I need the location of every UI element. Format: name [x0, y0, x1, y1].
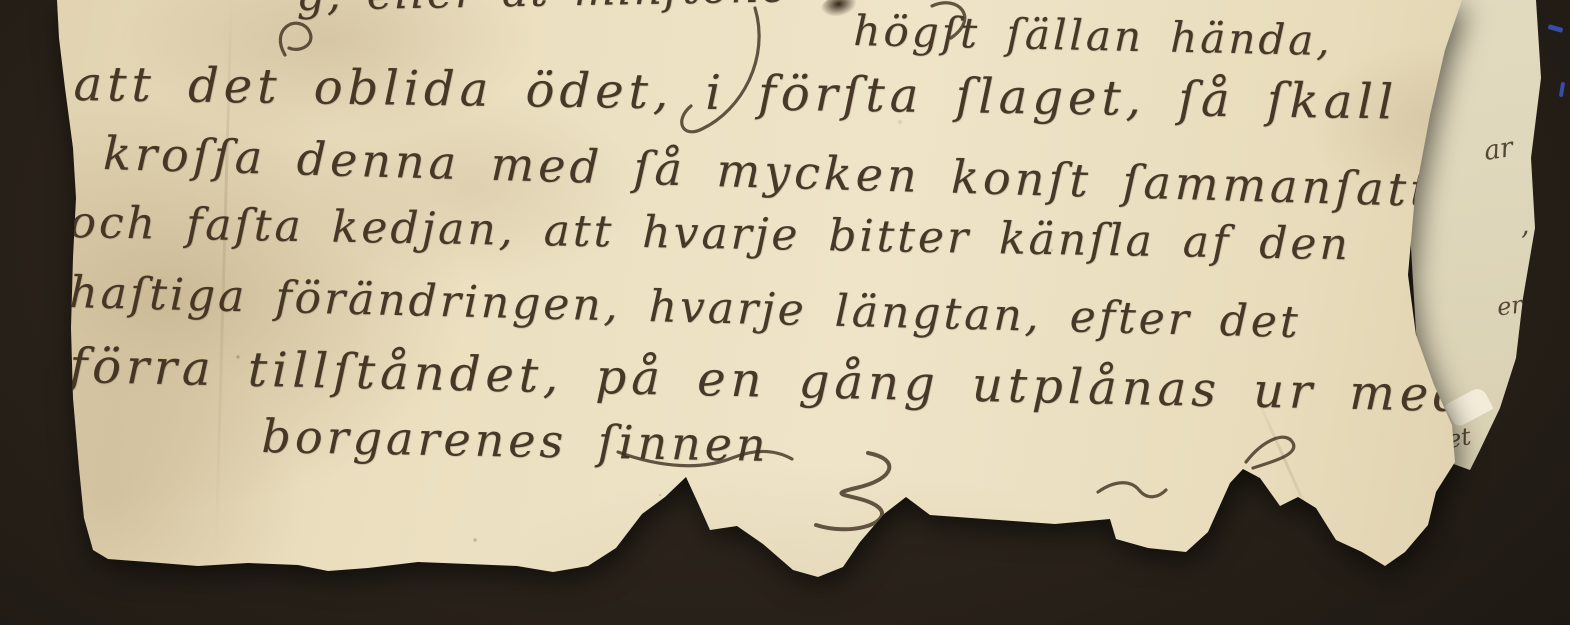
handwritten-line-top-clipped: g, eller at minſtone: [296, 0, 789, 21]
handwritten-line: högſt ſällan hända,: [853, 6, 1333, 65]
handwritten-line: att det oblida ödet, i förſta ſlaget, ſå…: [73, 56, 1398, 130]
photo-stage: ar , er et g, eller at minſtone högſt ſä…: [0, 0, 1570, 625]
manuscript-paper: g, eller at minſtone högſt ſällan hända,…: [0, 0, 1570, 625]
handwritten-line: haſtiga förändringen, hvarje längtan, ef…: [69, 267, 1302, 348]
handwritten-line: borgarenes ſinnen: [261, 409, 770, 472]
manuscript-paper-wrap: g, eller at minſtone högſt ſällan hända,…: [0, 0, 1570, 625]
